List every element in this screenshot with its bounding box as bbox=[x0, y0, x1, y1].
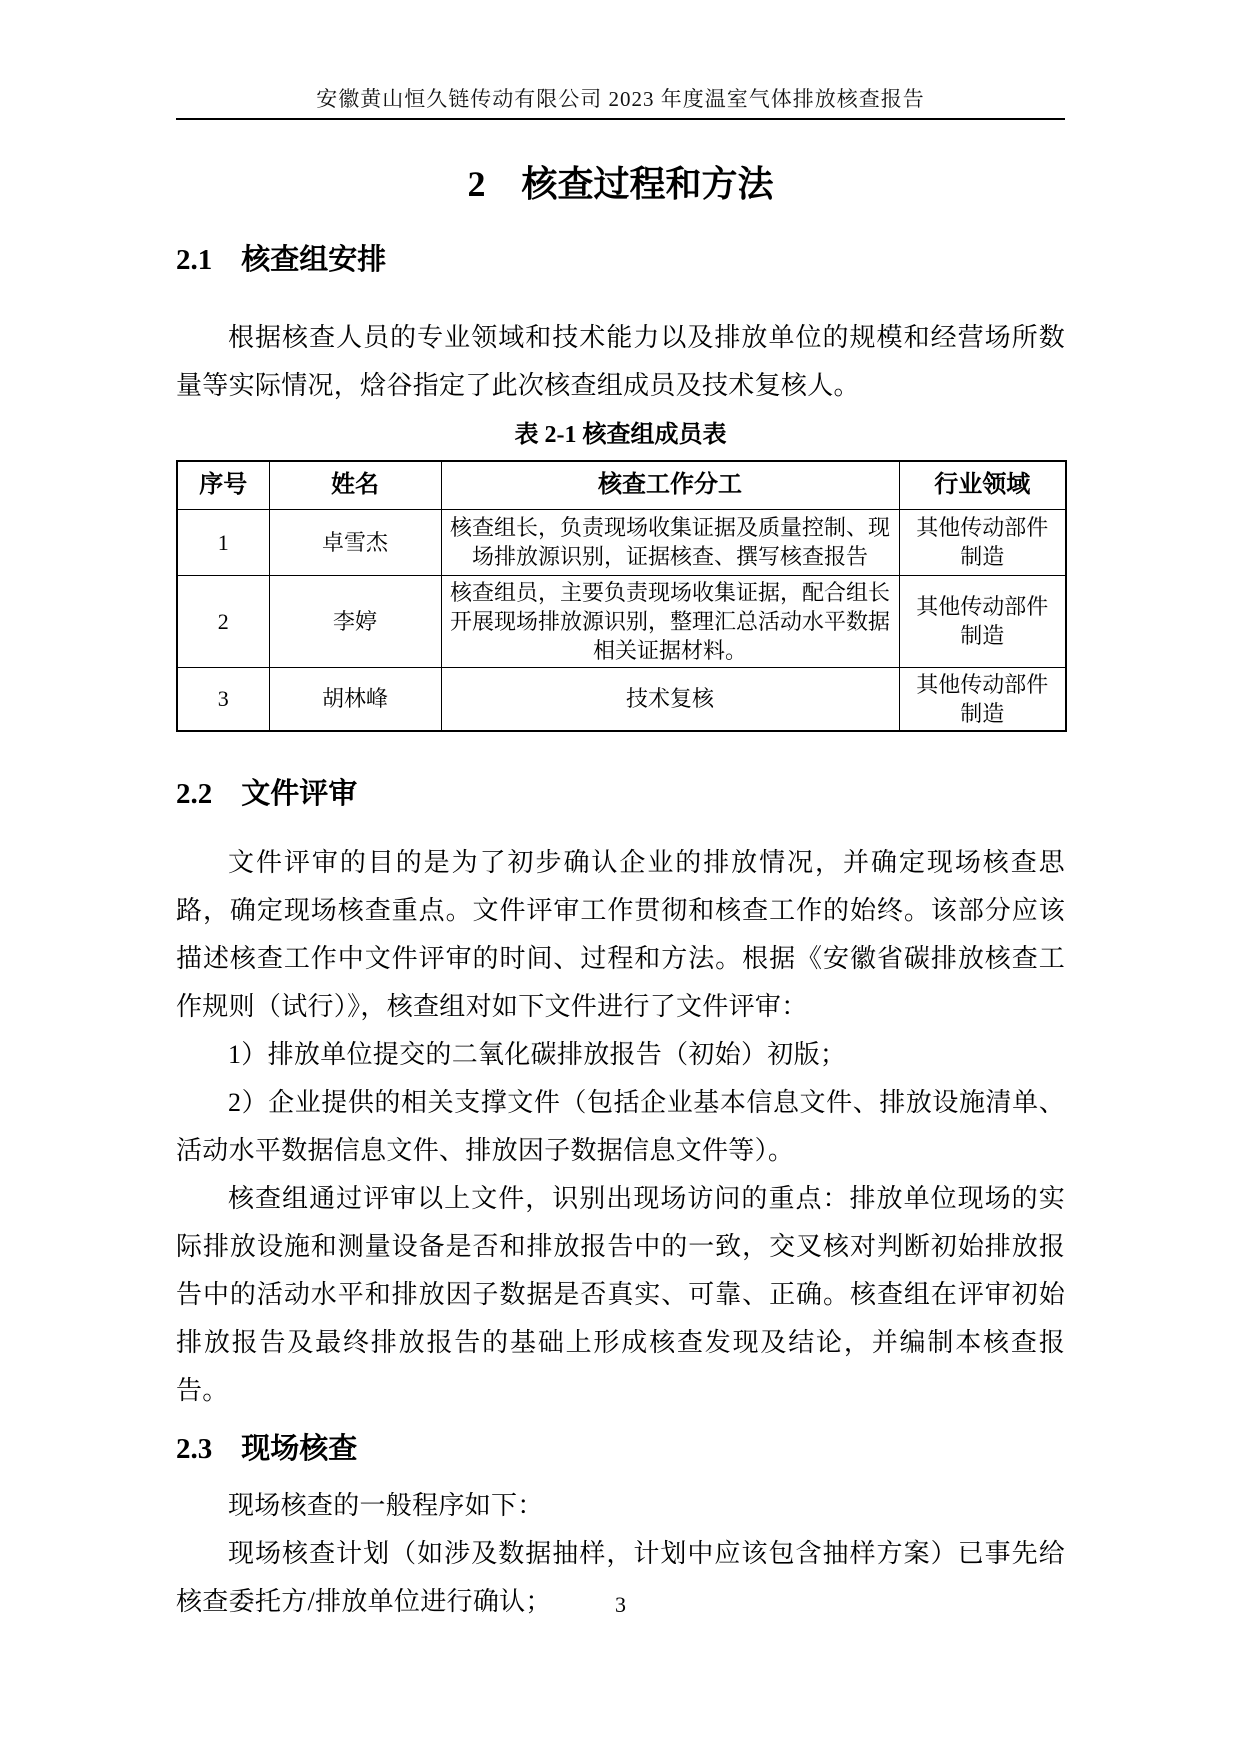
table-row: 1 卓雪杰 核查组长，负责现场收集证据及质量控制、现场排放源识别，证据核查、撰写… bbox=[177, 509, 1066, 575]
team-members-table: 序号 姓名 核查工作分工 行业领域 1 卓雪杰 核查组长，负责现场收集证据及质量… bbox=[176, 460, 1067, 732]
chapter-title: 2 核查过程和方法 bbox=[176, 162, 1065, 206]
page-header: 安徽黄山恒久链传动有限公司 2023 年度温室气体排放核查报告 bbox=[176, 0, 1065, 120]
list-item-2: 2）企业提供的相关支撑文件（包括企业基本信息文件、排放设施清单、活动水平数据信息… bbox=[176, 1079, 1065, 1175]
cell-no: 1 bbox=[177, 509, 269, 575]
column-header-industry: 行业领域 bbox=[899, 461, 1066, 509]
cell-name: 胡林峰 bbox=[269, 667, 441, 731]
cell-no: 3 bbox=[177, 667, 269, 731]
table-row: 2 李婷 核查组员，主要负责现场收集证据，配合组长开展现场排放源识别，整理汇总活… bbox=[177, 575, 1066, 667]
column-header-name: 姓名 bbox=[269, 461, 441, 509]
cell-industry: 其他传动部件制造 bbox=[899, 575, 1066, 667]
table-caption: 表 2-1 核查组成员表 bbox=[176, 420, 1065, 450]
table-header-row: 序号 姓名 核查工作分工 行业领域 bbox=[177, 461, 1066, 509]
cell-duty: 技术复核 bbox=[441, 667, 899, 731]
document-page: 安徽黄山恒久链传动有限公司 2023 年度温室气体排放核查报告 2 核查过程和方… bbox=[0, 0, 1241, 1754]
section-heading-2-3: 2.3 现场核查 bbox=[176, 1431, 1065, 1467]
paragraph-2-3-intro: 现场核查的一般程序如下： bbox=[176, 1482, 1065, 1530]
cell-no: 2 bbox=[177, 575, 269, 667]
paragraph-2-2-intro: 文件评审的目的是为了初步确认企业的排放情况，并确定现场核查思路，确定现场核查重点… bbox=[176, 839, 1065, 1031]
cell-duty: 核查组员，主要负责现场收集证据，配合组长开展现场排放源识别，整理汇总活动水平数据… bbox=[441, 575, 899, 667]
column-header-no: 序号 bbox=[177, 461, 269, 509]
table-row: 3 胡林峰 技术复核 其他传动部件制造 bbox=[177, 667, 1066, 731]
cell-industry: 其他传动部件制造 bbox=[899, 509, 1066, 575]
page-number: 3 bbox=[0, 1592, 1241, 1618]
column-header-duty: 核查工作分工 bbox=[441, 461, 899, 509]
cell-name: 卓雪杰 bbox=[269, 509, 441, 575]
header-title: 安徽黄山恒久链传动有限公司 2023 年度温室气体排放核查报告 bbox=[176, 86, 1065, 112]
paragraph-2-1: 根据核查人员的专业领域和技术能力以及排放单位的规模和经营场所数量等实际情况，焓谷… bbox=[176, 314, 1065, 410]
cell-industry: 其他传动部件制造 bbox=[899, 667, 1066, 731]
section-heading-2-1: 2.1 核查组安排 bbox=[176, 242, 1065, 278]
header-rule bbox=[176, 118, 1065, 120]
cell-name: 李婷 bbox=[269, 575, 441, 667]
paragraph-2-2-conclusion: 核查组通过评审以上文件，识别出现场访问的重点：排放单位现场的实际排放设施和测量设… bbox=[176, 1175, 1065, 1415]
section-heading-2-2: 2.2 文件评审 bbox=[176, 776, 1065, 812]
list-item-1: 1）排放单位提交的二氧化碳排放报告（初始）初版； bbox=[176, 1031, 1065, 1079]
cell-duty: 核查组长，负责现场收集证据及质量控制、现场排放源识别，证据核查、撰写核查报告 bbox=[441, 509, 899, 575]
